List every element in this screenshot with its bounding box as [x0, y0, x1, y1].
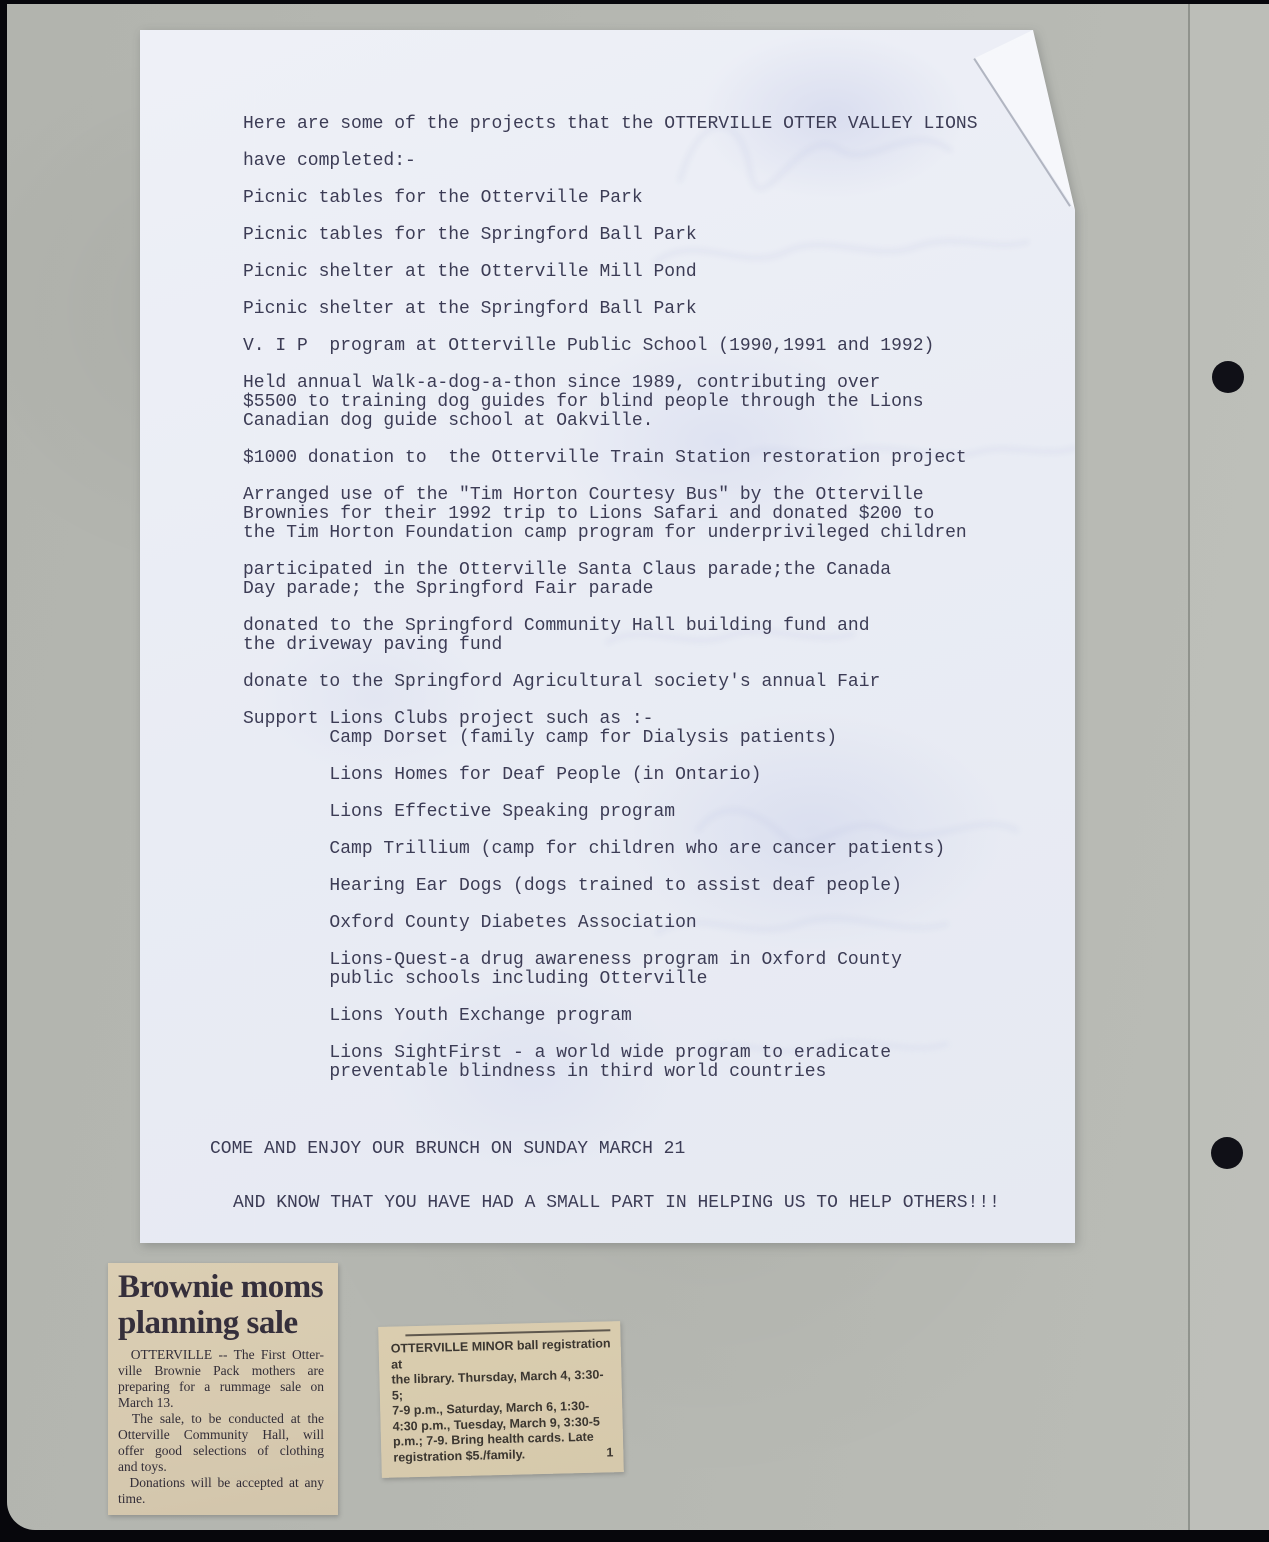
typed-line: Camp Trillium (camp for children who are…: [243, 840, 1075, 859]
typed-paragraph: Hearing Ear Dogs (dogs trained to assist…: [243, 877, 1075, 896]
typed-paragraph: Picnic tables for the Springford Ball Pa…: [243, 226, 1075, 245]
typed-paragraph: Lions Youth Exchange program: [243, 1007, 1075, 1026]
clipping-line: Otterville Community Hall, will: [118, 1427, 324, 1443]
typed-line: participated in the Otterville Santa Cla…: [243, 561, 1075, 580]
clipping-line: and toys.: [118, 1459, 324, 1475]
typed-line: Lions SightFirst - a world wide program …: [243, 1044, 1075, 1063]
typed-paragraph: Lions Homes for Deaf People (in Ontario): [243, 766, 1075, 785]
typed-paragraph: Lions Effective Speaking program: [243, 803, 1075, 822]
typed-paragraph: Picnic tables for the Otterville Park: [243, 189, 1075, 208]
typed-line: V. I P program at Otterville Public Scho…: [243, 337, 1075, 356]
scanned-scrapbook-page: Here are some of the projects that the O…: [0, 0, 1269, 1542]
minor-ball-last-line: registration $5./family.: [393, 1447, 525, 1466]
typed-paragraph: $1000 donation to the Otterville Train S…: [243, 449, 1075, 468]
minor-ball-lines: OTTERVILLE MINOR ball registration atthe…: [391, 1336, 614, 1450]
typed-line: Lions Effective Speaking program: [243, 803, 1075, 822]
typed-paragraph: Held annual Walk-a-dog-a-thon since 1989…: [243, 374, 1075, 431]
typed-paragraph: Picnic shelter at the Springford Ball Pa…: [243, 300, 1075, 319]
typed-line: have completed:-: [243, 152, 1075, 171]
typed-line: the Tim Horton Foundation camp program f…: [243, 524, 1075, 543]
typed-paragraph: V. I P program at Otterville Public Scho…: [243, 337, 1075, 356]
clipping-headline: Brownie moms planning sale: [118, 1269, 330, 1341]
clipping-body: OTTERVILLE -- The First Otter-ville Brow…: [118, 1347, 324, 1507]
clipping-line: Donations will be accepted at any: [118, 1475, 324, 1491]
clipping-line: preparing for a rummage sale on: [118, 1379, 324, 1395]
typed-paragraph: Support Lions Clubs project such as :- C…: [243, 710, 1075, 748]
typed-line: Here are some of the projects that the O…: [243, 115, 1075, 134]
closing-line-thanks: AND KNOW THAT YOU HAVE HAD A SMALL PART …: [233, 1194, 1075, 1213]
typed-line: Lions Youth Exchange program: [243, 1007, 1075, 1026]
typed-line: Lions-Quest-a drug awareness program in …: [243, 951, 1075, 970]
hole-punch-top: [1212, 361, 1244, 393]
clipping-top-rule: [405, 1329, 610, 1336]
typed-line: Picnic shelter at the Springford Ball Pa…: [243, 300, 1075, 319]
typed-paragraph: Camp Trillium (camp for children who are…: [243, 840, 1075, 859]
clipping-line: offer good selections of clothing: [118, 1443, 324, 1459]
typed-line: the driveway paving fund: [243, 636, 1075, 655]
typed-line: Picnic tables for the Springford Ball Pa…: [243, 226, 1075, 245]
typed-paragraph: participated in the Otterville Santa Cla…: [243, 561, 1075, 599]
typed-paragraph: Lions-Quest-a drug awareness program in …: [243, 951, 1075, 989]
typed-line: Held annual Walk-a-dog-a-thon since 1989…: [243, 374, 1075, 393]
clipping-line: ville Brownie Pack mothers are: [118, 1363, 324, 1379]
typed-line: preventable blindness in third world cou…: [243, 1063, 1075, 1082]
typed-line: Day parade; the Springford Fair parade: [243, 580, 1075, 599]
newspaper-clipping-minor-ball: OTTERVILLE MINOR ball registration atthe…: [378, 1321, 624, 1478]
clipping-line: time.: [118, 1491, 324, 1507]
clipping-line: The sale, to be conducted at the: [118, 1411, 324, 1427]
typed-line: public schools including Otterville: [243, 970, 1075, 989]
typed-line: Canadian dog guide school at Oakville.: [243, 412, 1075, 431]
typed-line: Support Lions Clubs project such as :-: [243, 710, 1075, 729]
typed-paragraphs: Here are some of the projects that the O…: [243, 115, 1075, 1082]
typed-line: donated to the Springford Community Hall…: [243, 617, 1075, 636]
typed-paragraph: Here are some of the projects that the O…: [243, 115, 1075, 134]
typed-sheet: Here are some of the projects that the O…: [140, 30, 1075, 1243]
typed-line: Brownies for their 1992 trip to Lions Sa…: [243, 505, 1075, 524]
clipping-line: OTTERVILLE -- The First Otter-: [118, 1347, 324, 1363]
typed-paragraph: Lions SightFirst - a world wide program …: [243, 1044, 1075, 1082]
typed-line: Oxford County Diabetes Association: [243, 914, 1075, 933]
typed-paragraph: Picnic shelter at the Otterville Mill Po…: [243, 263, 1075, 282]
typed-line: Hearing Ear Dogs (dogs trained to assist…: [243, 877, 1075, 896]
typed-sheet-wrap: Here are some of the projects that the O…: [140, 30, 1075, 1243]
typed-line: Picnic shelter at the Otterville Mill Po…: [243, 263, 1075, 282]
hole-punch-bottom: [1211, 1137, 1243, 1169]
page-right-shading: [1190, 4, 1269, 1530]
typed-paragraph: donated to the Springford Community Hall…: [243, 617, 1075, 655]
typed-line: $1000 donation to the Otterville Train S…: [243, 449, 1075, 468]
typed-line: Arranged use of the "Tim Horton Courtesy…: [243, 486, 1075, 505]
typed-paragraph: have completed:-: [243, 152, 1075, 171]
album-page: Here are some of the projects that the O…: [7, 4, 1269, 1530]
typed-line: Camp Dorset (family camp for Dialysis pa…: [243, 729, 1075, 748]
typed-text: Here are some of the projects that the O…: [140, 30, 1075, 1243]
headline-line-2: planning sale: [118, 1305, 330, 1341]
minor-ball-page-number: 1: [606, 1445, 613, 1461]
typed-line: $5500 to training dog guides for blind p…: [243, 393, 1075, 412]
typed-paragraph: donate to the Springford Agricultural so…: [243, 673, 1075, 692]
typed-line: Lions Homes for Deaf People (in Ontario): [243, 766, 1075, 785]
typed-paragraph: Oxford County Diabetes Association: [243, 914, 1075, 933]
typed-line: donate to the Springford Agricultural so…: [243, 673, 1075, 692]
headline-line-1: Brownie moms: [118, 1269, 330, 1305]
closing-line-brunch: COME AND ENJOY OUR BRUNCH ON SUNDAY MARC…: [210, 1140, 1075, 1159]
clipping-line: March 13.: [118, 1395, 324, 1411]
typed-line: Picnic tables for the Otterville Park: [243, 189, 1075, 208]
vertical-crease-line: [1188, 4, 1190, 1530]
newspaper-clipping-brownie: Brownie moms planning sale OTTERVILLE --…: [108, 1263, 338, 1515]
typed-paragraph: Arranged use of the "Tim Horton Courtesy…: [243, 486, 1075, 543]
